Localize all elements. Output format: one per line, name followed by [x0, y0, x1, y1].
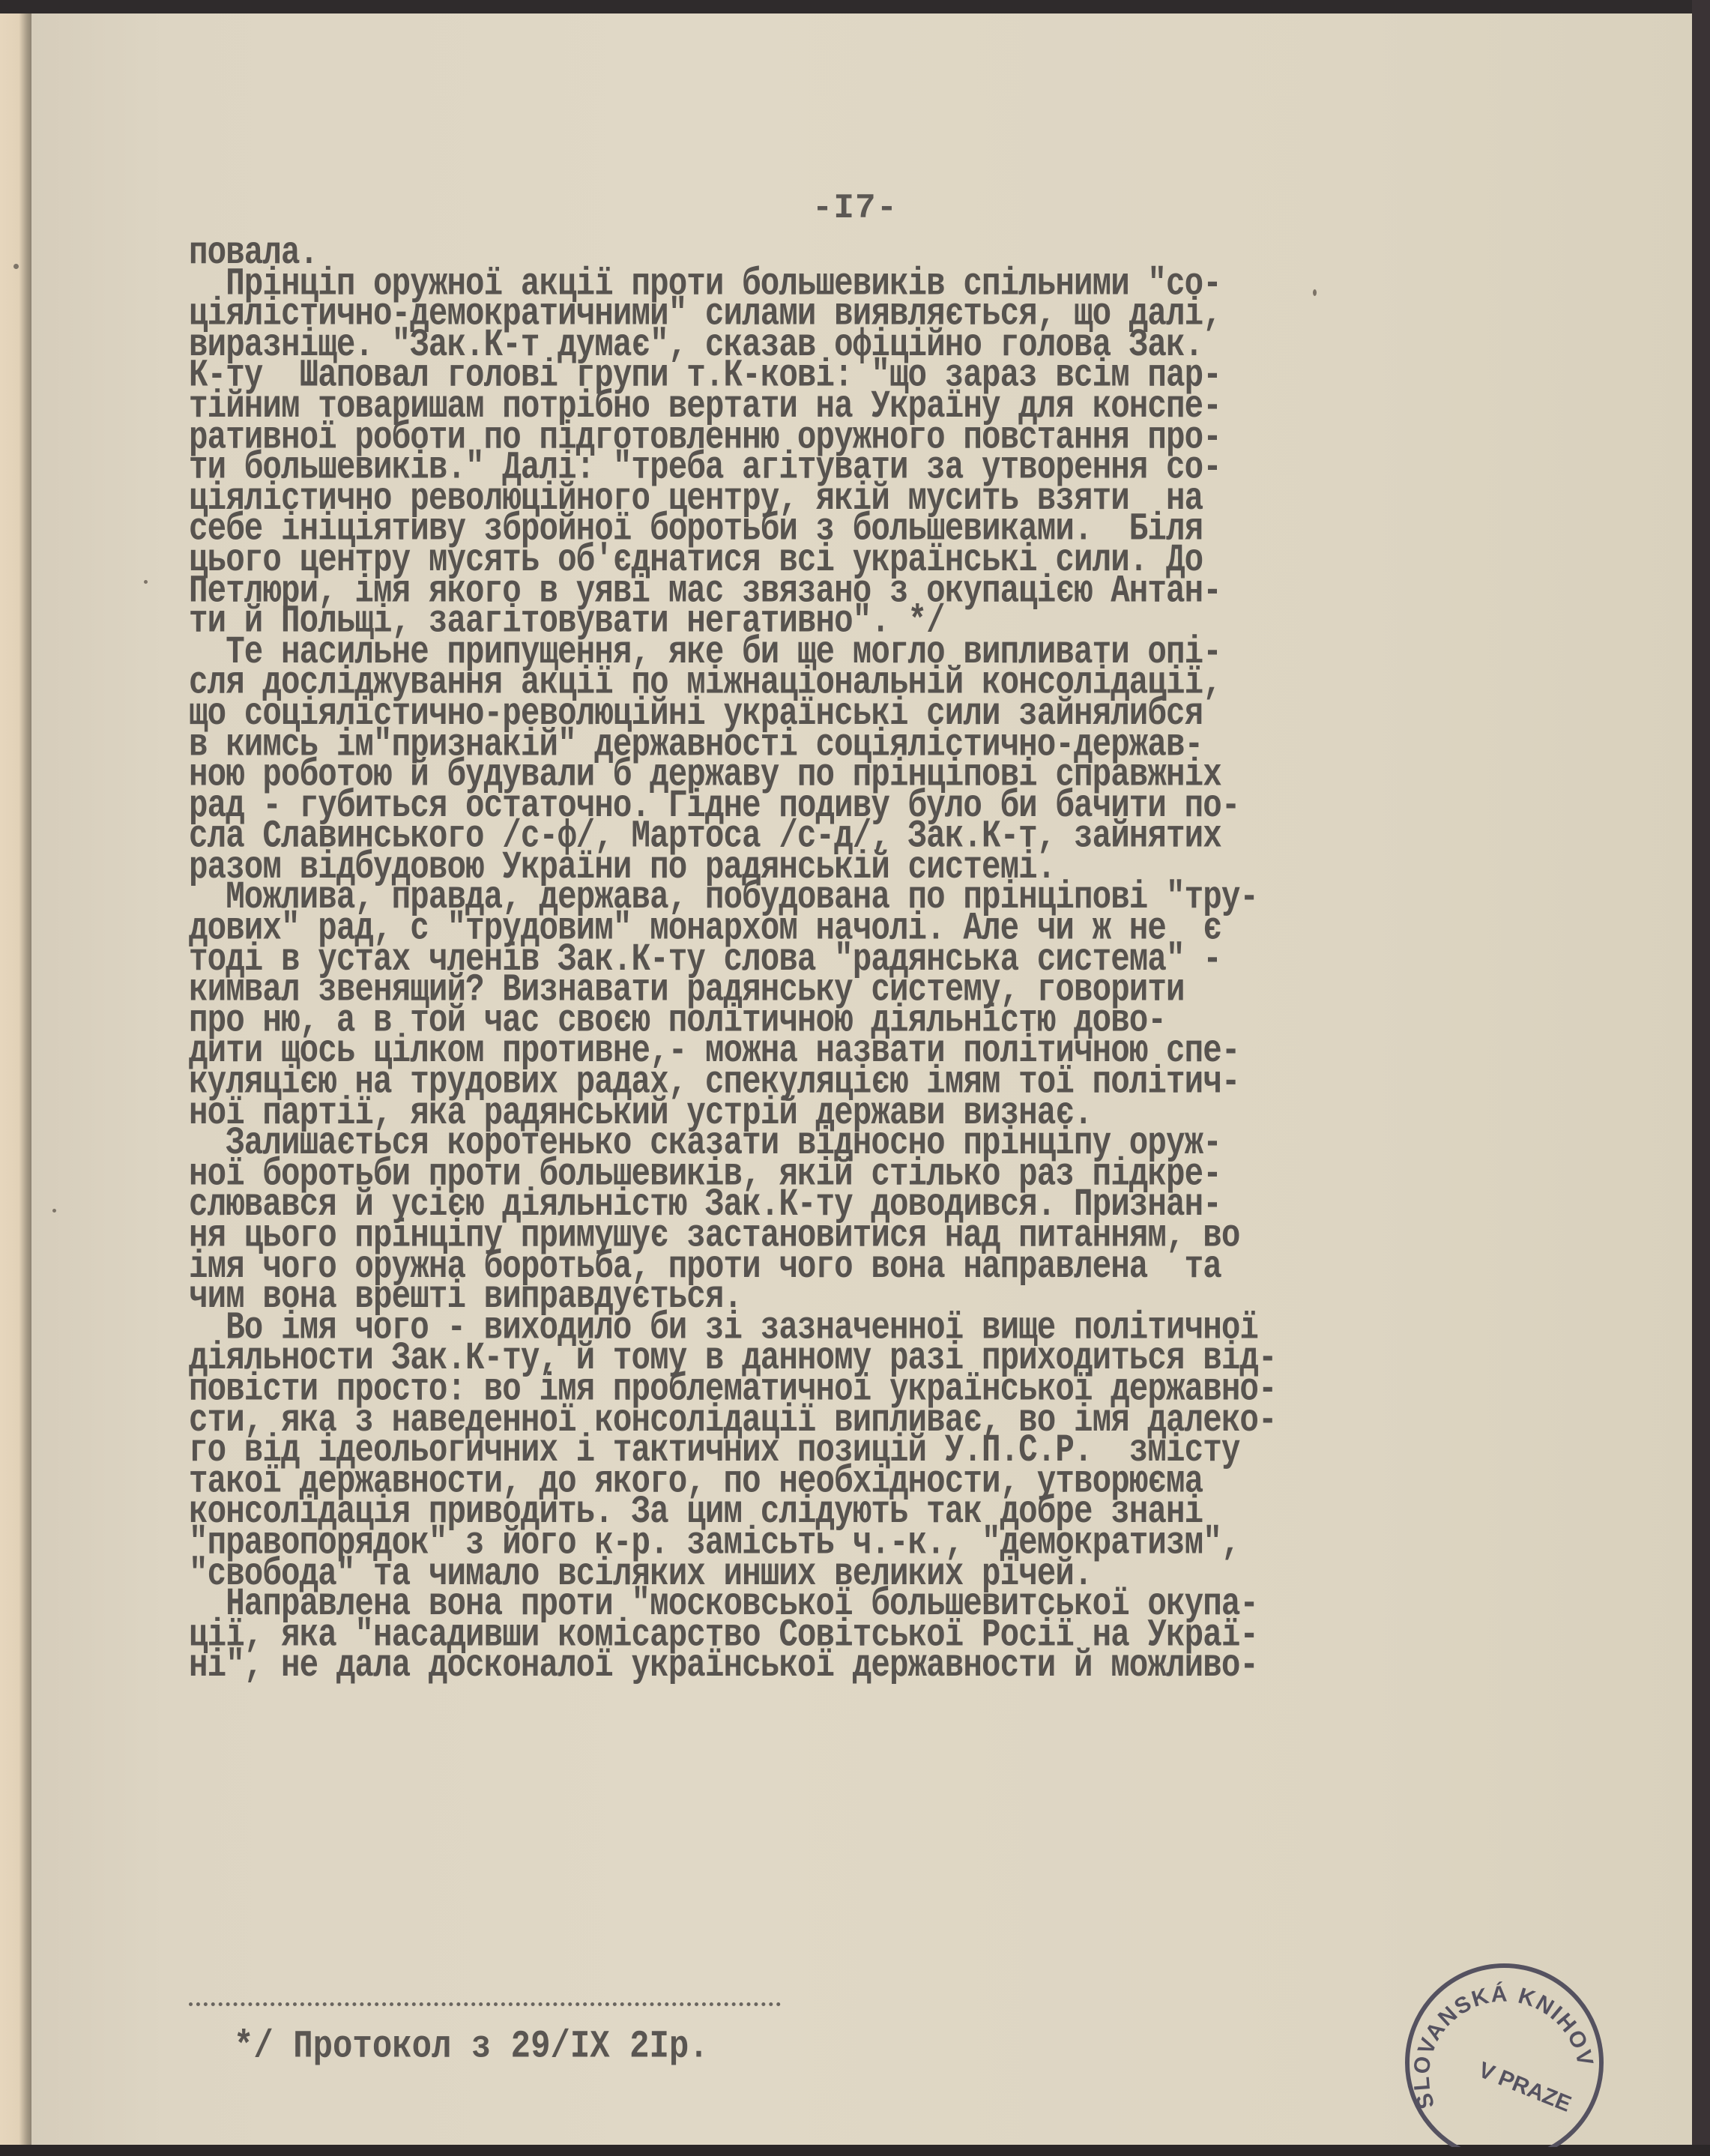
scan-frame-right: [1692, 0, 1710, 2156]
scan-frame-top: [0, 0, 1710, 13]
margin-speck: [52, 1209, 56, 1213]
stamp-icon: SLOVANSKÁ KNIHOVNA V PRAZE: [1405, 1963, 1604, 2156]
library-stamp: SLOVANSKÁ KNIHOVNA V PRAZE: [1405, 1963, 1604, 2156]
text-line: ні", не дала досконалої української держ…: [189, 1651, 1598, 1682]
footnote: */ Протокол з 29/IX 2Iр.: [234, 2025, 709, 2069]
binding-hole-mark: [13, 264, 19, 269]
margin-speck: [144, 580, 148, 584]
footnote-separator: [189, 2002, 781, 2006]
stamp-center-text: V PRAZE: [1475, 2058, 1574, 2117]
page-number: -I7-: [0, 189, 1710, 228]
page-binding-edge: [0, 13, 31, 2145]
typed-body-text: повала. Прінціп оружної акції проти боль…: [189, 238, 1598, 1682]
